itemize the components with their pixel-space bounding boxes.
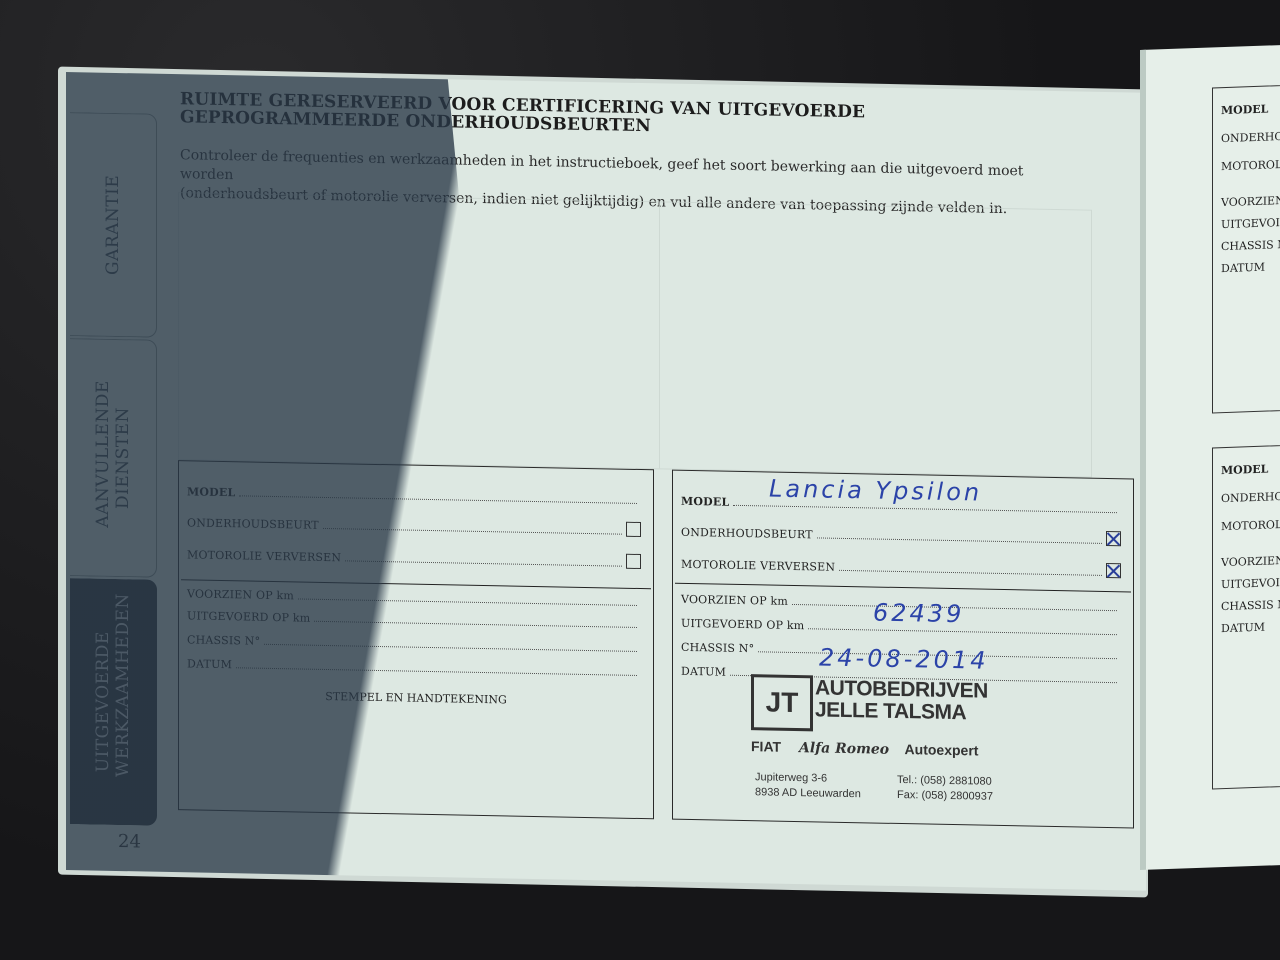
- form-divider: [675, 583, 1131, 593]
- date-row: DATUM: [187, 657, 641, 679]
- dealer-contact: Tel.: (058) 2881080 Fax: (058) 2800937: [897, 773, 993, 805]
- dotted-line: [839, 569, 1102, 576]
- dealer-name-line-2: JELLE TALSMA: [815, 699, 988, 724]
- scheduled-km-field[interactable]: [298, 597, 637, 606]
- performed-km-field[interactable]: [314, 620, 637, 628]
- service-form-empty: MODEL ONDERHOUDSBEURT MOTOROLIE VERVERSE…: [178, 460, 654, 819]
- service-row: ONDERHOUDSBEURT: [681, 523, 1121, 547]
- alfa-romeo-logo: Alfa Romeo: [799, 740, 889, 758]
- rp-performed-label: UITGEVOI: [1221, 216, 1280, 231]
- chassis-label: CHASSIS N°: [187, 633, 260, 647]
- rp-performed-label: UITGEVOI: [1221, 576, 1280, 591]
- rp-service-label: ONDERHOU: [1221, 490, 1280, 506]
- page-heading: RUIMTE GERESERVEERD VOOR CERTIFICERING V…: [180, 90, 940, 141]
- model-label: MODEL: [681, 495, 729, 509]
- model-row: MODEL: [187, 485, 641, 507]
- stamp-caption: STEMPEL EN HANDTEKENING: [179, 687, 653, 709]
- tab-garantie[interactable]: GARANTIE: [70, 112, 157, 338]
- handwritten-km: 62439: [873, 598, 964, 628]
- right-page: MODEL ONDERHOU MOTOROL VOORZIEN UITGEVOI…: [1140, 44, 1280, 870]
- date-label: DATUM: [187, 657, 232, 671]
- rp-oil-label: MOTOROL: [1221, 158, 1280, 173]
- service-checkbox[interactable]: [626, 522, 641, 537]
- rp-model-label: MODEL: [1221, 463, 1268, 478]
- tab-label: UITGEVOERDE WERKZAAMHEDEN: [93, 627, 133, 778]
- handwritten-date: 24-08-2014: [819, 643, 988, 674]
- scheduled-km-label: VOORZIEN OP km: [187, 587, 294, 602]
- rp-date-label: DATUM: [1221, 621, 1265, 636]
- chassis-label: CHASSIS N°: [681, 641, 754, 655]
- scheduled-km-label: VOORZIEN OP km: [681, 593, 788, 608]
- left-page: GARANTIE AANVULLENDE DIENSTEN UITGEVOERD…: [66, 72, 1146, 891]
- dealer-fax: Fax: (058) 2800937: [897, 788, 993, 805]
- dotted-line: [817, 536, 1102, 543]
- oil-row: MOTOROLIE VERVERSEN: [681, 555, 1121, 579]
- rp-date-label: DATUM: [1221, 261, 1265, 276]
- handwritten-model: Lancia Ypsilon: [769, 474, 982, 506]
- service-label: ONDERHOUDSBEURT: [187, 516, 319, 532]
- brand-logos: FIAT Alfa Romeo Autoexpert: [751, 738, 978, 759]
- model-field[interactable]: [239, 494, 637, 504]
- dotted-line: [323, 527, 622, 535]
- oil-checkbox-checked[interactable]: [1106, 563, 1121, 578]
- oil-row: MOTOROLIE VERVERSEN: [187, 545, 641, 570]
- rp-chassis-label: CHASSIS N: [1221, 598, 1280, 613]
- chassis-field[interactable]: [264, 643, 637, 652]
- dealer-address: Jupiterweg 3-6 8938 AD Leeuwarden: [755, 770, 861, 802]
- scheduled-km-row: VOORZIEN OP km: [187, 587, 641, 609]
- show-through-area: [178, 192, 1092, 478]
- rp-chassis-label: CHASSIS N: [1221, 238, 1280, 253]
- right-form-bottom: MODEL ONDERHOU MOTOROL VOORZIEN UITGEVOI…: [1212, 443, 1280, 789]
- tab-label: GARANTIE: [103, 175, 123, 276]
- rp-scheduled-label: VOORZIEN: [1221, 194, 1280, 209]
- service-form-filled: MODEL Lancia Ypsilon ONDERHOUDSBEURT MOT…: [672, 470, 1134, 829]
- tab-label: AANVULLENDE DIENSTEN: [93, 388, 133, 529]
- chassis-row: CHASSIS N°: [187, 633, 641, 655]
- right-form-top: MODEL ONDERHOU MOTOROL VOORZIEN UITGEVOI…: [1212, 83, 1280, 413]
- performed-km-label: UITGEVOERD OP km: [187, 609, 310, 624]
- rp-model-label: MODEL: [1221, 103, 1268, 118]
- oil-checkbox[interactable]: [626, 554, 641, 569]
- performed-km-label: UITGEVOERD OP km: [681, 617, 804, 632]
- date-field[interactable]: [236, 666, 637, 676]
- page-number: 24: [118, 831, 141, 852]
- service-label: ONDERHOUDSBEURT: [681, 526, 813, 542]
- service-row: ONDERHOUDSBEURT: [187, 513, 641, 538]
- service-checkbox-checked[interactable]: [1106, 531, 1121, 546]
- fiat-logo: FIAT: [751, 738, 781, 755]
- rp-scheduled-label: VOORZIEN: [1221, 554, 1280, 569]
- dealer-name: AUTOBEDRIJVEN JELLE TALSMA: [815, 677, 988, 724]
- tab-uitgevoerde-werkzaamheden[interactable]: UITGEVOERDE WERKZAAMHEDEN: [70, 578, 157, 826]
- date-label: DATUM: [681, 665, 726, 679]
- performed-km-row: UITGEVOERD OP km: [187, 609, 641, 631]
- model-label: MODEL: [187, 485, 235, 499]
- dotted-line: [345, 559, 622, 566]
- oil-label: MOTOROLIE VERVERSEN: [187, 548, 341, 564]
- oil-label: MOTOROLIE VERVERSEN: [681, 558, 835, 574]
- tab-aanvullende-diensten[interactable]: AANVULLENDE DIENSTEN: [70, 338, 157, 578]
- dealer-logo-icon: JT: [751, 674, 813, 731]
- performed-km-field[interactable]: [808, 627, 1117, 635]
- rp-oil-label: MOTOROL: [1221, 518, 1280, 533]
- autoexpert-logo: Autoexpert: [905, 741, 979, 758]
- rp-service-label: ONDERHOU: [1221, 130, 1280, 146]
- address-line-2: 8938 AD Leeuwarden: [755, 785, 861, 802]
